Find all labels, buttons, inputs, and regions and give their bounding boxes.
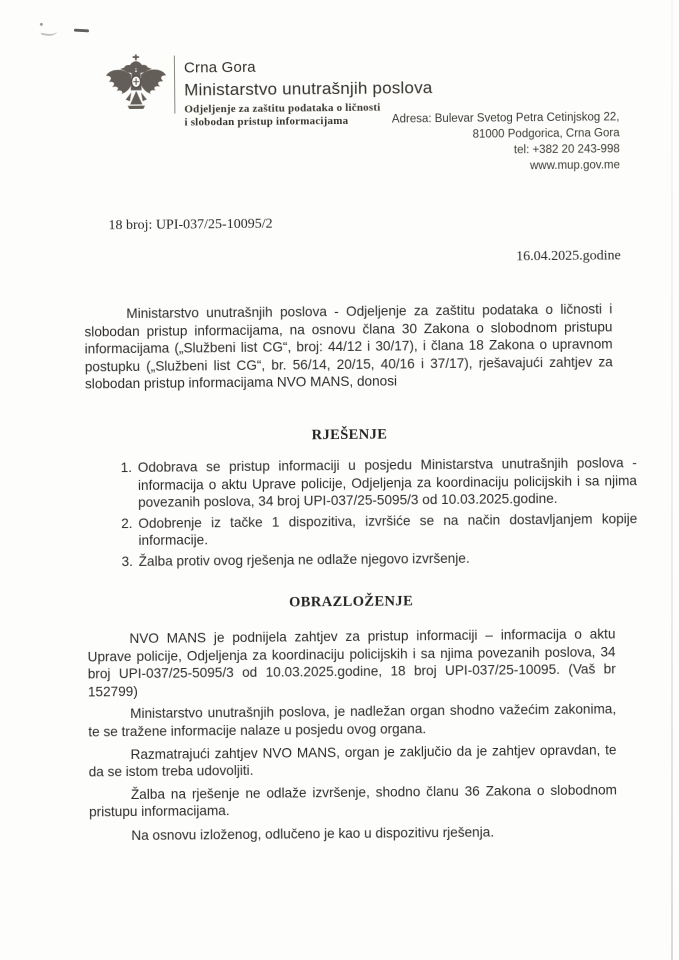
- explanation-section: NVO MANS je podnijela zahtjev za pristup…: [87, 625, 617, 850]
- decision-item-1: Odobrava se pristup informaciji u posjed…: [136, 454, 637, 512]
- decision-item-3: Žalba protiv ovog rješenja ne odlaže nje…: [137, 548, 638, 570]
- contact-website: www.mup.gov.me: [392, 157, 620, 175]
- decision-title: RJEŠENJE: [85, 424, 613, 446]
- explanation-paragraph-1: NVO MANS je podnijela zahtjev za pristup…: [87, 625, 616, 700]
- country-name: Crna Gora: [184, 57, 432, 76]
- case-reference-number: 18 broj: UPI-037/25-10095/2: [108, 217, 272, 235]
- explanation-paragraph-4: Žalba na rješenje ne odlaže izvršenje, s…: [89, 781, 617, 821]
- explanation-paragraph-3: Razmatrajući zahtjev NVO MANS, organ je …: [88, 741, 616, 781]
- contact-block: Adresa: Bulevar Svetog Petra Cetinjskog …: [392, 109, 620, 175]
- decision-item-2: Odobrenje iz tačke 1 dispozitiva, izvrši…: [136, 510, 637, 550]
- intro-paragraph: Ministarstvo unutrašnjih poslova - Odjel…: [84, 300, 613, 393]
- scanned-document-page: Crna Gora Ministarstvo unutrašnjih poslo…: [0, 0, 679, 960]
- letterhead-divider: [174, 56, 176, 114]
- document-date: 16.04.2025.godine: [516, 248, 621, 265]
- montenegro-coat-of-arms-icon: [104, 54, 169, 120]
- explanation-title: OBRAZLOŽENJE: [87, 591, 615, 613]
- explanation-paragraph-5: Na osnovu izloženog, odlučeno je kao u d…: [89, 822, 617, 845]
- explanation-paragraph-2: Ministarstvo unutrašnjih poslova, je nad…: [88, 701, 616, 741]
- ministry-name: Ministarstvo unutrašnjih poslova: [184, 78, 432, 100]
- decision-items-list: Odobrava se pristup informaciji u posjed…: [113, 454, 638, 574]
- document-content: Crna Gora Ministarstvo unutrašnjih poslo…: [0, 0, 679, 960]
